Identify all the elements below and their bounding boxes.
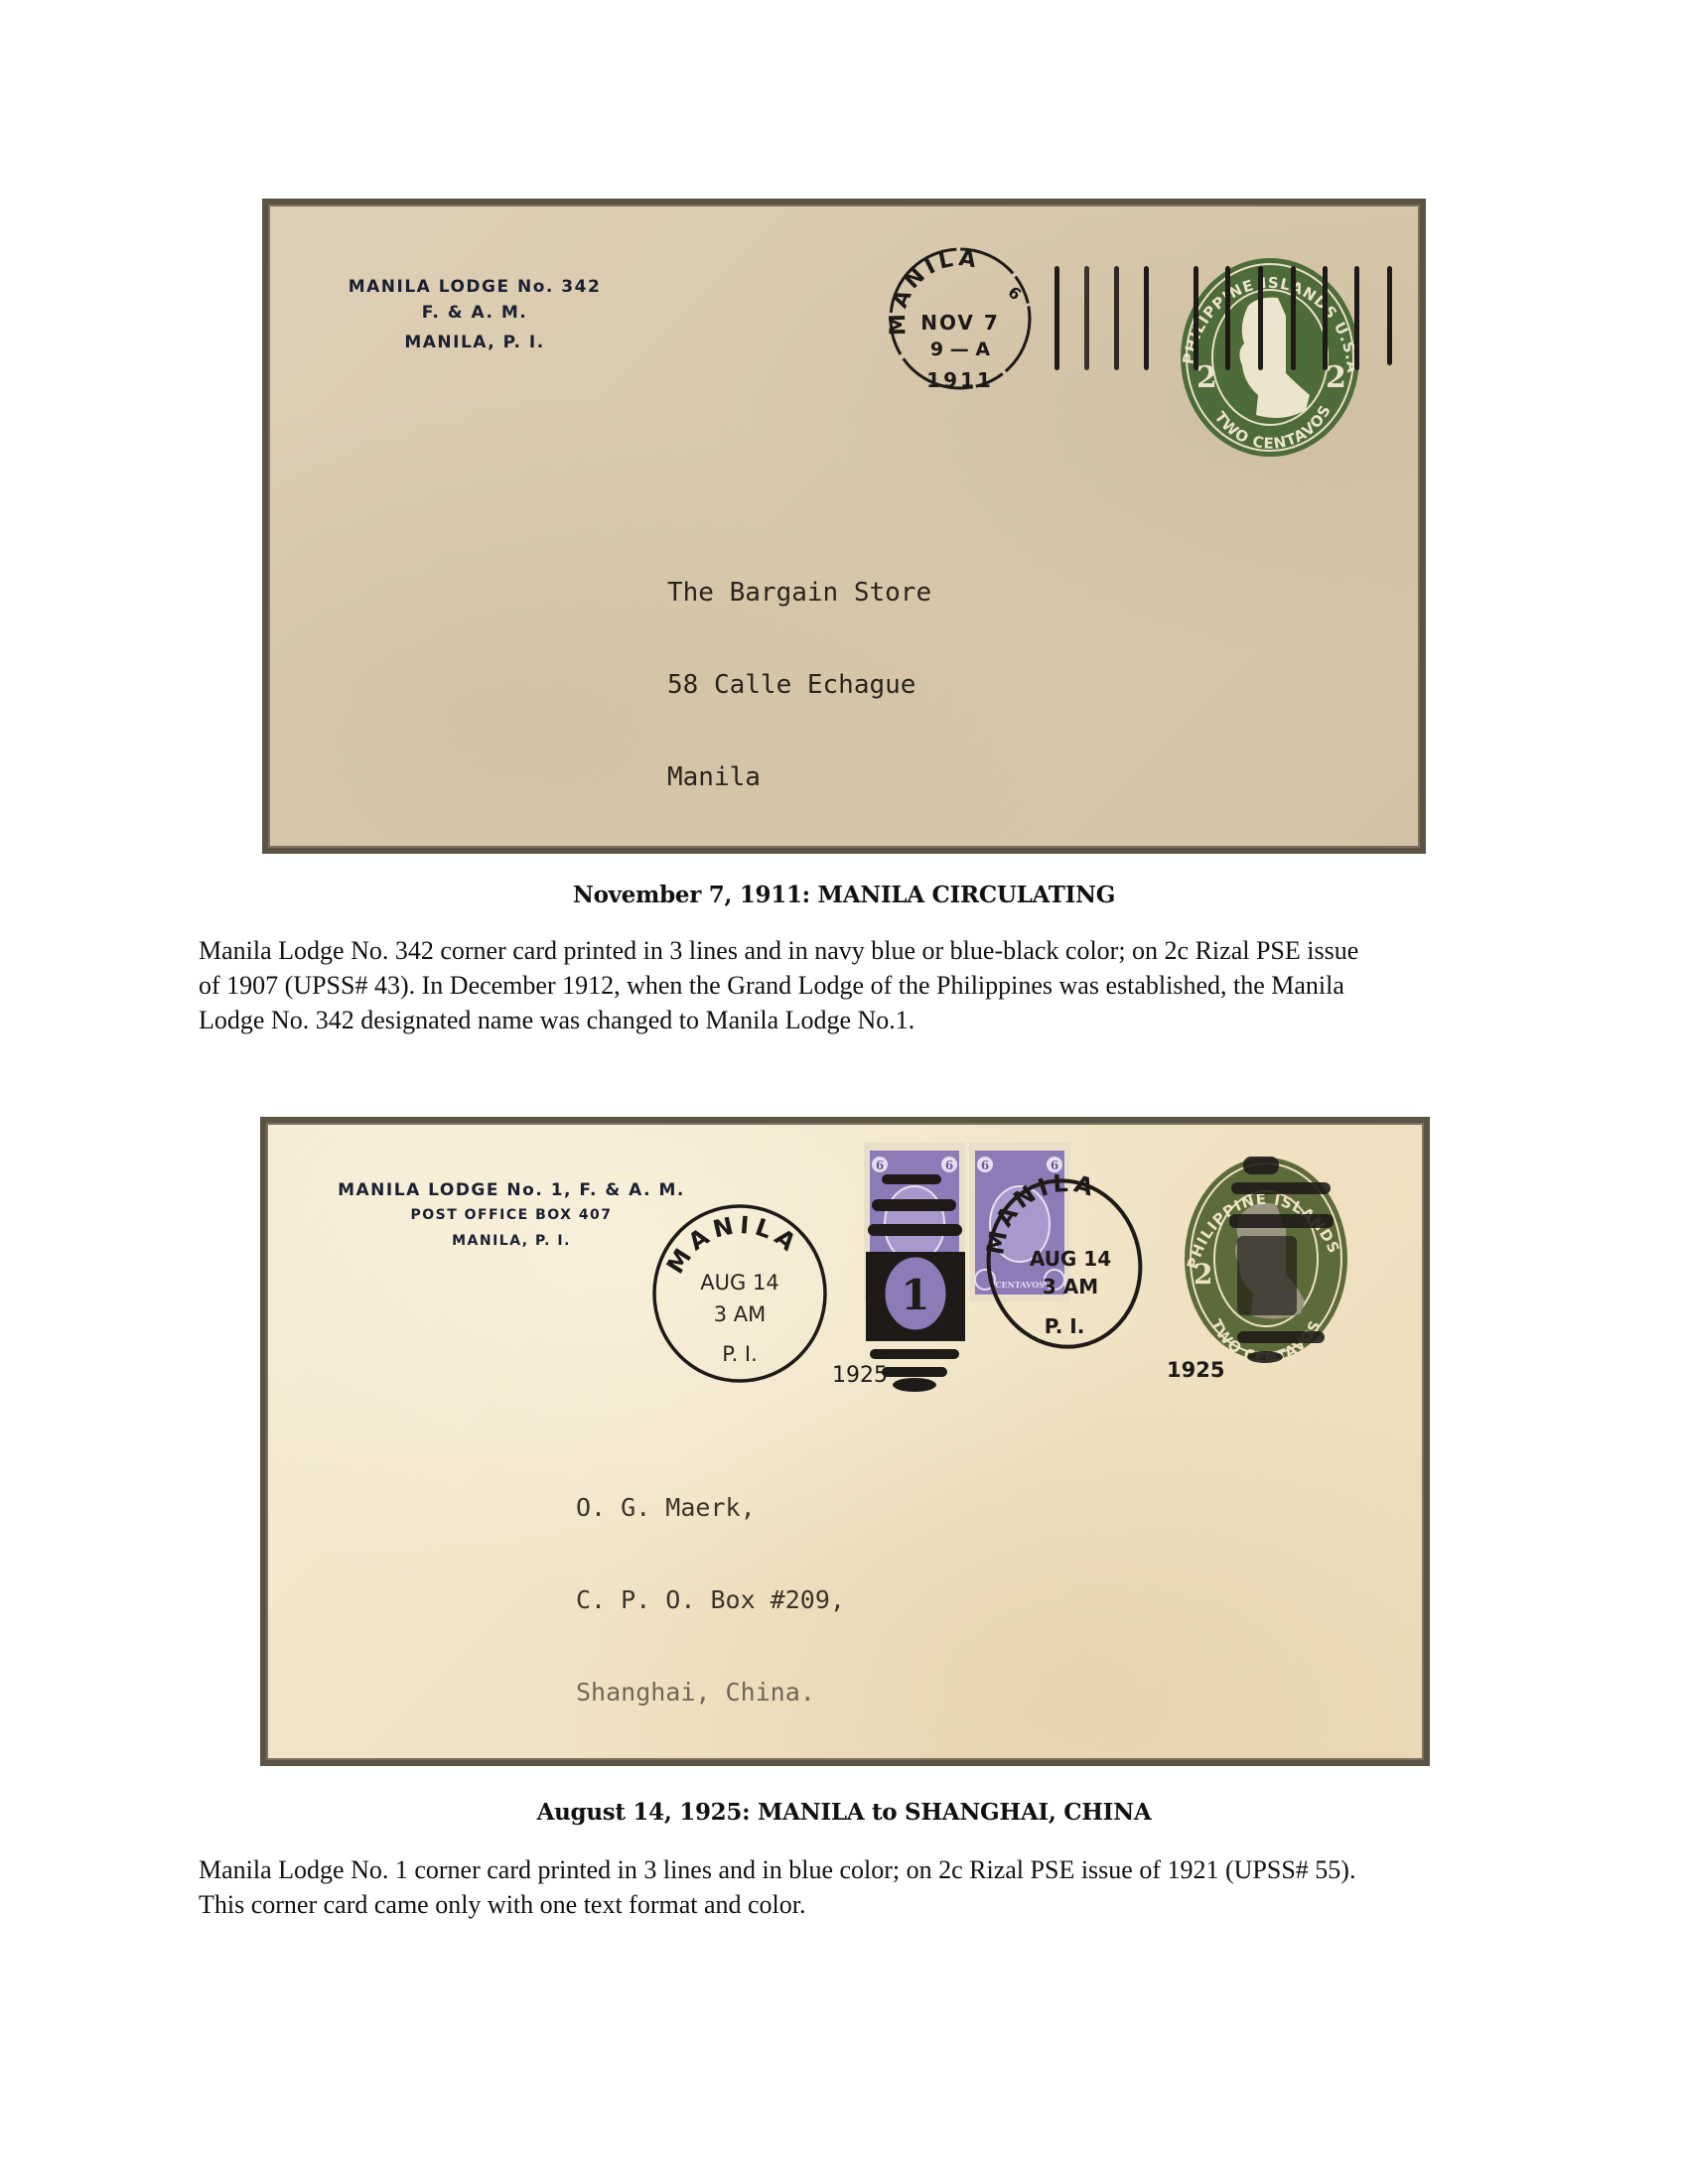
killer-cancel-icon: 1 bbox=[860, 1164, 969, 1393]
postmark-year: 1925 bbox=[1167, 1358, 1224, 1382]
caption-line: Lodge No. 342 designated name was change… bbox=[199, 1003, 1519, 1037]
caption-body: Manila Lodge No. 342 corner card printed… bbox=[199, 933, 1519, 1037]
circular-postmark-left: MANILA AUG 14 3 AM P. I. bbox=[650, 1202, 829, 1386]
value-tl: 6 bbox=[981, 1159, 989, 1172]
postmark-town: MANILA bbox=[661, 1211, 805, 1279]
cancel-bar bbox=[1055, 266, 1059, 370]
postmark-ring-icon: MANILA AUG 14 3 AM P. I. bbox=[650, 1202, 829, 1386]
cancel-bar bbox=[1225, 266, 1230, 370]
envelope-paper: MANILA LODGE No. 342 F. & A. M. MANILA, … bbox=[270, 206, 1418, 846]
envelope-paper: MANILA LODGE No. 1, F. & A. M. POST OFFI… bbox=[268, 1125, 1422, 1758]
corner-card-line: F. & A. M. bbox=[326, 300, 624, 326]
cancel-bar bbox=[1354, 266, 1359, 370]
svg-text:MANILA: MANILA bbox=[661, 1211, 805, 1279]
cancel-bar bbox=[1323, 266, 1328, 370]
cancel-bar bbox=[1114, 266, 1119, 370]
envelope-image-1911: MANILA LODGE No. 342 F. & A. M. MANILA, … bbox=[262, 199, 1426, 854]
caption-line: This corner card came only with one text… bbox=[199, 1887, 1519, 1922]
postmark-ring-icon: MANILA AUG 14 3 AM P. I. bbox=[983, 1174, 1147, 1353]
postmark-time: 9 — A bbox=[930, 339, 990, 360]
circular-postmark: MANILA 6 NOV 7 9 — A 1911 bbox=[886, 244, 1035, 393]
svg-text:MANILA: MANILA bbox=[983, 1174, 1100, 1257]
corner-card: MANILA LODGE No. 342 F. & A. M. MANILA, … bbox=[326, 274, 624, 355]
postmark-bottom: P. I. bbox=[1045, 1314, 1085, 1338]
address-line: O. G. Maerk, bbox=[576, 1492, 845, 1523]
cancel-bar bbox=[1084, 266, 1089, 370]
address-line: C. P. O. Box #209, bbox=[576, 1584, 845, 1615]
cancel-bar bbox=[1291, 266, 1296, 370]
corner-card-line: MANILA LODGE No. 342 bbox=[326, 274, 624, 300]
address-line: Manila bbox=[667, 762, 931, 793]
cancel-bar bbox=[1387, 266, 1392, 365]
embossed-stamp-2c: PHILIPPINE ISLANDS TWO CENTAVOS 2 bbox=[1182, 1155, 1350, 1363]
caption-line: Manila Lodge No. 342 corner card printed… bbox=[199, 933, 1519, 968]
circular-postmark-right: MANILA AUG 14 3 AM P. I. bbox=[983, 1174, 1147, 1353]
postmark-year: 1911 bbox=[926, 368, 994, 392]
caption-line: of 1907 (UPSS# 43). In December 1912, wh… bbox=[199, 968, 1519, 1003]
postmark-date: NOV 7 bbox=[920, 311, 1000, 335]
stamp-value-left: 2 bbox=[1196, 360, 1217, 395]
caption-title: August 14, 1925: MANILA to SHANGHAI, CHI… bbox=[0, 1799, 1688, 1826]
corner-card-line: MANILA, P. I. bbox=[326, 330, 624, 355]
postmark-time: 3 AM bbox=[1043, 1275, 1098, 1298]
postmark-date: AUG 14 bbox=[700, 1271, 778, 1295]
caption-body: Manila Lodge No. 1 corner card printed i… bbox=[199, 1852, 1519, 1922]
embossed-stamp-2c: PHILIPPINE ISLANDS U.S.A. TWO CENTAVOS 2… bbox=[1179, 256, 1362, 460]
caption-line: Manila Lodge No. 1 corner card printed i… bbox=[199, 1852, 1519, 1887]
corner-card-line: MANILA LODGE No. 1, F. & A. M. bbox=[313, 1178, 710, 1202]
address-line: Shanghai, China. bbox=[576, 1677, 845, 1707]
cancel-bar bbox=[1258, 266, 1263, 370]
rizal-indicium-icon: PHILIPPINE ISLANDS U.S.A. TWO CENTAVOS 2… bbox=[1179, 256, 1362, 460]
cancel-bar bbox=[1144, 266, 1149, 370]
recipient-address: The Bargain Store 58 Calle Echague Manil… bbox=[667, 516, 931, 854]
envelope-image-1925: MANILA LODGE No. 1, F. & A. M. POST OFFI… bbox=[260, 1117, 1430, 1766]
value-tr: 6 bbox=[1051, 1159, 1058, 1172]
address-line: 58 Calle Echague bbox=[667, 670, 931, 701]
postmark-time: 3 AM bbox=[714, 1302, 767, 1326]
stamp-value-left: 2 bbox=[1194, 1258, 1212, 1291]
postmark-ring-icon: MANILA 6 NOV 7 9 — A 1911 bbox=[886, 244, 1035, 393]
stamp-value-right: 2 bbox=[1326, 360, 1346, 395]
barred-numeral-cancel: 1 bbox=[860, 1164, 969, 1393]
rizal-indicium-icon: PHILIPPINE ISLANDS TWO CENTAVOS 2 bbox=[1182, 1155, 1350, 1363]
address-line: The Bargain Store bbox=[667, 578, 931, 609]
caption-title: November 7, 1911: MANILA CIRCULATING bbox=[0, 882, 1688, 908]
postmark-town: MANILA bbox=[983, 1174, 1100, 1257]
postmark-bottom: P. I. bbox=[722, 1342, 758, 1366]
killer-numeral: 1 bbox=[901, 1271, 929, 1319]
postmark-date: AUG 14 bbox=[1030, 1247, 1111, 1271]
recipient-address: O. G. Maerk, C. P. O. Box #209, Shanghai… bbox=[576, 1431, 845, 1766]
cancel-bar bbox=[1194, 266, 1198, 370]
